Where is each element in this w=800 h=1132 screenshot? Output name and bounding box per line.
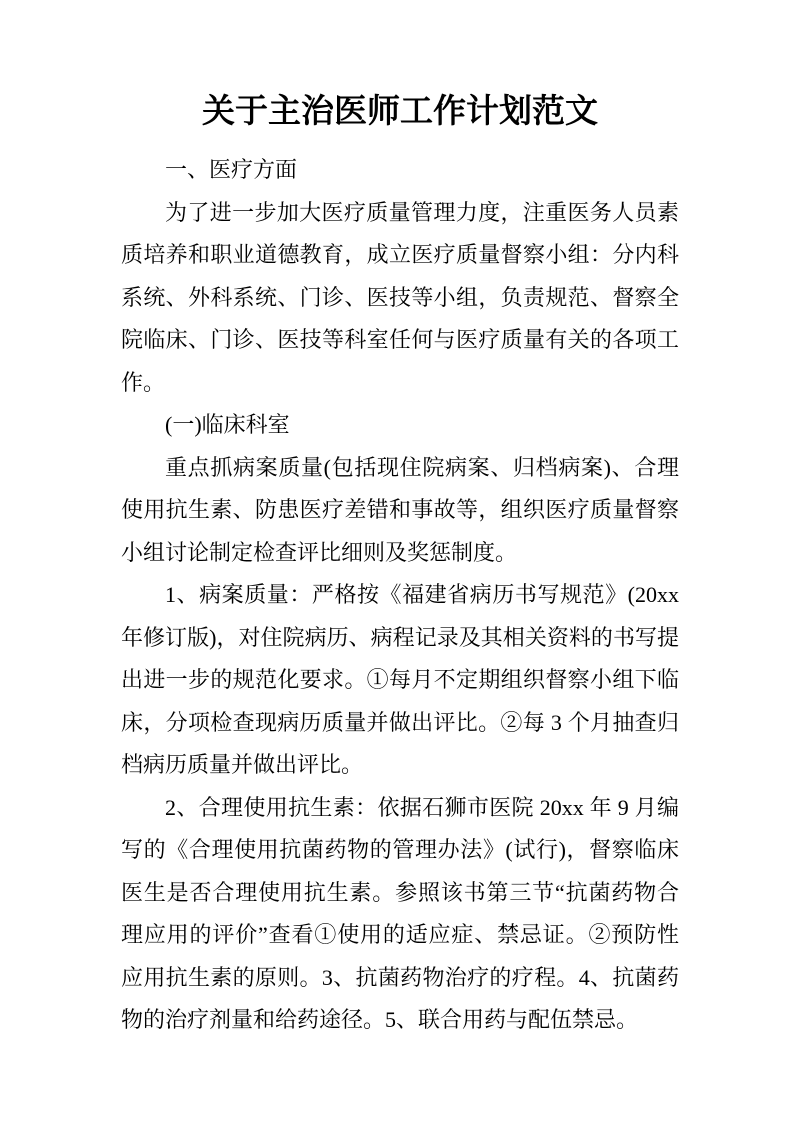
paragraph-item-1: 1、病案质量：严格按《福建省病历书写规范》(20xx 年修订版)，对住院病历、病… (121, 574, 679, 787)
paragraph-item-2: 2、合理使用抗生素：依据石狮市医院 20xx 年 9 月编写的《合理使用抗菌药物… (121, 787, 679, 1042)
document-title: 关于主治医师工作计划范文 (121, 92, 679, 132)
paragraph-section-heading: 一、医疗方面 (121, 149, 679, 192)
paragraph-intro: 为了进一步加大医疗质量管理力度，注重医务人员素质培养和职业道德教育，成立医疗质量… (121, 192, 679, 405)
document-page: 关于主治医师工作计划范文 一、医疗方面 为了进一步加大医疗质量管理力度，注重医务… (0, 0, 800, 1132)
paragraph-focus: 重点抓病案质量(包括现住院病案、归档病案)、合理使用抗生素、防患医疗差错和事故等… (121, 447, 679, 575)
paragraph-subsection-heading: (一)临床科室 (121, 404, 679, 447)
